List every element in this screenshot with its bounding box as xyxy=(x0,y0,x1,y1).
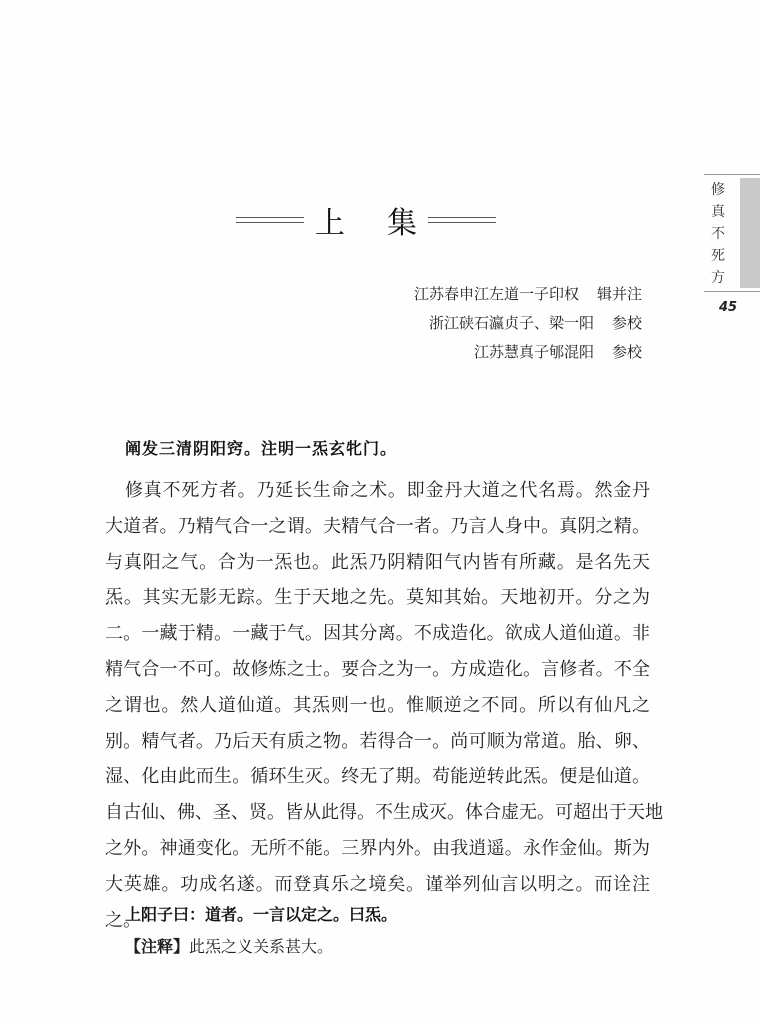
side-tab-char: 不 xyxy=(711,223,725,245)
editor-role: 参校 xyxy=(612,309,642,338)
body-line: 自古仙、佛、圣、贤。皆从此得。不生成灭。体合虚无。可超出于天地 xyxy=(105,795,650,831)
editor-line: 江苏春申江左道一子印权辑并注 xyxy=(414,280,642,309)
editor-line: 江苏慧真子郇混阳参校 xyxy=(414,338,642,367)
editor-role: 参校 xyxy=(612,338,642,367)
editor-credits: 江苏春申江左道一子印权辑并注 浙江硖石瀛贞子、梁一阳参校 江苏慧真子郇混阳参校 xyxy=(414,280,642,367)
title-rule-right xyxy=(428,217,496,223)
body-line: 湿、化由此而生。循环生灭。终无了期。苟能逆转此炁。便是仙道。 xyxy=(105,759,650,795)
editor-name: 江苏春申江左道一子印权 xyxy=(414,285,579,303)
book-title-side-tab: 修 真 不 死 方 xyxy=(704,174,760,292)
body-line: 修真不死方者。乃延长生命之术。即金丹大道之代名焉。然金丹 xyxy=(105,473,650,509)
body-line: 别。精气者。乃后天有质之物。若得合一。尚可顺为常道。胎、卵、 xyxy=(105,724,650,760)
body-line: 大道者。乃精气合一之谓。夫精气合一者。乃言人身中。真阴之精。 xyxy=(105,509,650,545)
body-paragraph: 修真不死方者。乃延长生命之术。即金丹大道之代名焉。然金丹 大道者。乃精气合一之谓… xyxy=(105,473,650,938)
editor-role: 辑并注 xyxy=(597,280,642,309)
side-tab-char: 死 xyxy=(711,245,725,267)
chapter-title: 上 集 xyxy=(236,200,496,240)
body-line: 精气合一不可。故修炼之士。要合之为一。方成造化。言修者。不全 xyxy=(105,652,650,688)
section-heading: 阐发三清阴阳窍。注明一炁玄牝门。 xyxy=(125,436,397,459)
editor-line: 浙江硖石瀛贞子、梁一阳参校 xyxy=(414,309,642,338)
title-rule-left xyxy=(236,217,304,223)
side-tab-title: 修 真 不 死 方 xyxy=(704,179,732,289)
side-tab-char: 修 xyxy=(711,179,725,201)
body-line: 之谓也。然人道仙道。其炁则一也。惟顺逆之不同。所以有仙凡之 xyxy=(105,688,650,724)
chapter-title-char: 集 xyxy=(387,198,417,242)
quote-line: 上阳子曰：道者。一言以定之。曰炁。 xyxy=(125,902,397,925)
side-tab-char: 真 xyxy=(711,201,725,223)
chapter-title-char: 上 xyxy=(315,198,345,242)
book-page: 上 集 江苏春申江左道一子印权辑并注 浙江硖石瀛贞子、梁一阳参校 江苏慧真子郇混… xyxy=(0,0,760,1024)
side-tab-gray-bar xyxy=(740,178,760,288)
page-number: 45 xyxy=(719,300,737,315)
annotation: 【注释】此炁之义关系甚大。 xyxy=(125,934,333,957)
annotation-text: 此炁之义关系甚大。 xyxy=(189,937,333,956)
body-line: 大英雄。功成名遂。而登真乐之境矣。谨举列仙言以明之。而诠注 xyxy=(105,867,650,903)
side-tab-char: 方 xyxy=(711,267,725,289)
chapter-title-text: 上 集 xyxy=(315,198,417,242)
body-line: 二。一藏于精。一藏于气。因其分离。不成造化。欲成人道仙道。非 xyxy=(105,616,650,652)
body-line: 与真阳之气。合为一炁也。此炁乃阴精阳气内皆有所藏。是名先天 xyxy=(105,545,650,581)
editor-name: 浙江硖石瀛贞子、梁一阳 xyxy=(429,314,594,332)
body-line: 之外。神通变化。无所不能。三界内外。由我逍遥。永作金仙。斯为 xyxy=(105,831,650,867)
annotation-label: 【注释】 xyxy=(125,937,189,956)
editor-name: 江苏慧真子郇混阳 xyxy=(474,343,594,361)
body-line: 炁。其实无影无踪。生于天地之先。莫知其始。天地初开。分之为 xyxy=(105,580,650,616)
